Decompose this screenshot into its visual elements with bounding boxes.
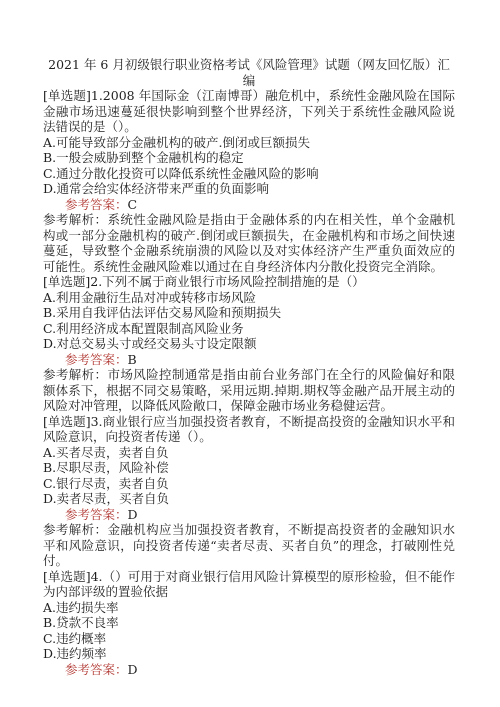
option-c: C.通过分散化投资可以降低系统性金融风险的影响	[43, 166, 455, 182]
analysis-paragraph: 参考解析：金融机构应当加强投资者教育，不断提高投资者的金融知识水平和风险意识，向…	[43, 522, 455, 569]
analysis-label: 参考解析：	[43, 367, 107, 382]
answer-label: 参考答案：	[65, 507, 128, 522]
analysis-label: 参考解析：	[43, 522, 107, 537]
question-block-1: [单选题]1.2008 年国际金（江南博哥）融危机中，系统性金融风险在国际金融市…	[43, 88, 455, 274]
option-c: C.利用经济成本配置限制高风险业务	[43, 321, 455, 337]
option-d: D.通常会给实体经济带来严重的负面影响	[43, 181, 455, 197]
question-stem: [单选题]1.2008 年国际金（江南博哥）融危机中，系统性金融风险在国际金融市…	[43, 88, 455, 135]
answer-value: C	[128, 197, 138, 212]
answer-label: 参考答案：	[65, 352, 128, 367]
analysis-paragraph: 参考解析：市场风险控制通常是指由前台业务部门在全行的风险偏好和限额体系下，根据不…	[43, 367, 455, 414]
analysis-paragraph: 参考解析：系统性金融风险是指由于金融体系的内在相关性，单个金融机构或一部分金融机…	[43, 212, 455, 274]
option-b: B.采用自我评估法评估交易风险和预期损失	[43, 305, 455, 321]
question-block-2: [单选题]2.下列不属于商业银行市场风险控制措施的是（） A.利用金融衍生品对冲…	[43, 274, 455, 414]
answer-line: 参考答案：D	[43, 507, 455, 523]
answer-line: 参考答案：C	[43, 197, 455, 213]
option-a: A.买者尽责，卖者自负	[43, 445, 455, 461]
answer-label: 参考答案：	[65, 662, 128, 677]
option-a: A.利用金融衍生品对冲或转移市场风险	[43, 290, 455, 306]
answer-value: D	[128, 507, 138, 522]
question-block-3: [单选题]3.商业银行应当加强投资者教育，不断提高投资的金融知识水平和风险意识，…	[43, 414, 455, 569]
question-stem: [单选题]3.商业银行应当加强投资者教育，不断提高投资的金融知识水平和风险意识，…	[43, 414, 455, 445]
answer-value: B	[128, 352, 137, 367]
question-block-4: [单选题]4.（）可用于对商业银行信用风险计算模型的原形检验，但不能作为内部评级…	[43, 569, 455, 678]
answer-label: 参考答案：	[65, 197, 128, 212]
option-d: D.卖者尽责，买者自负	[43, 491, 455, 507]
answer-line: 参考答案：D	[43, 662, 455, 678]
option-b: B.一般会威胁到整个金融机构的稳定	[43, 150, 455, 166]
option-b: B.尽职尽责，风险补偿	[43, 460, 455, 476]
option-c: C.违约概率	[43, 631, 455, 647]
option-a: A.可能导致部分金融机构的破产.倒闭或巨额损失	[43, 135, 455, 151]
answer-line: 参考答案：B	[43, 352, 455, 368]
option-c: C.银行尽责，卖者自负	[43, 476, 455, 492]
analysis-label: 参考解析：	[43, 212, 107, 227]
option-d: D.违约频率	[43, 646, 455, 662]
question-stem: [单选题]2.下列不属于商业银行市场风险控制措施的是（）	[43, 274, 455, 290]
option-d: D.对总交易头寸或经交易头寸设定限额	[43, 336, 455, 352]
option-a: A.违约损失率	[43, 600, 455, 616]
question-stem: [单选题]4.（）可用于对商业银行信用风险计算模型的原形检验，但不能作为内部评级…	[43, 569, 455, 600]
option-b: B.贷款不良率	[43, 615, 455, 631]
document-page: 2021 年 6 月初级银行职业资格考试《风险管理》试题（网友回忆版）汇编 [单…	[0, 0, 500, 707]
answer-value: D	[128, 662, 138, 677]
document-title: 2021 年 6 月初级银行职业资格考试《风险管理》试题（网友回忆版）汇编	[43, 57, 455, 88]
